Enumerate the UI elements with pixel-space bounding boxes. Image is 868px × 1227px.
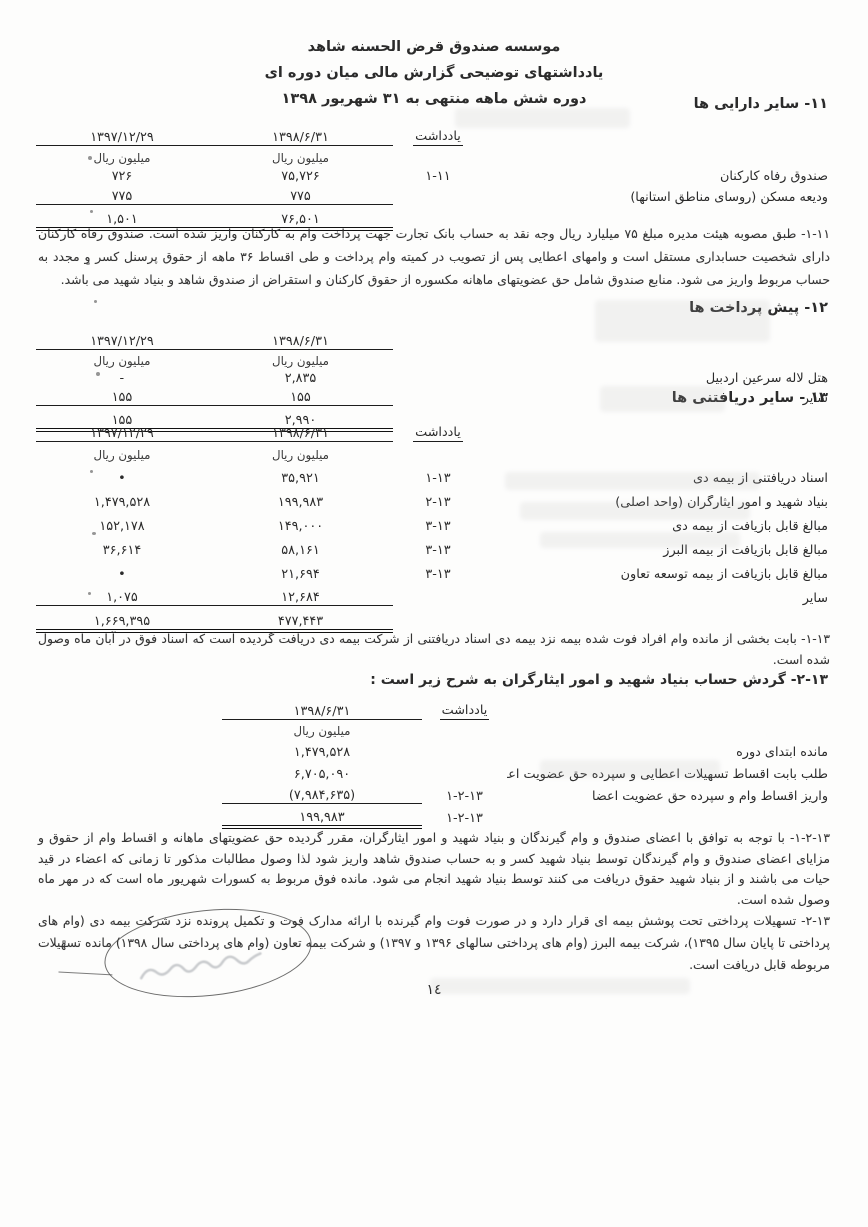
- section-13-title: ۱۳ - سایر دریافتنی ها: [672, 390, 828, 406]
- note-13-1-paragraph: ۱-۱۳- بابت بخشی از مانده وام افراد فوت ش…: [38, 628, 830, 670]
- prior-date-header: ۱۳۹۷/۱۲/۲۹: [36, 426, 208, 442]
- note-column-header: یادداشت: [413, 129, 463, 146]
- unit-row: میلیون ریال میلیون ریال: [36, 350, 828, 368]
- unit-row: میلیون ریال میلیون ریال: [36, 442, 828, 462]
- organization-name: موسسه صندوق قرض الحسنه شاهد: [0, 34, 868, 60]
- section-11-title: ۱۱- سایر دارایی ها: [694, 96, 828, 112]
- total-note-ref: ۱-۲-۱۳: [422, 811, 507, 826]
- current-date-header: ۱۳۹۸/۶/۳۱: [208, 130, 393, 146]
- unit-label: میلیون ریال: [36, 448, 208, 462]
- unit-label: میلیون ریال: [208, 354, 393, 368]
- other-receivables-table: یادداشت ۱۳۹۸/۶/۳۱ ۱۳۹۷/۱۲/۲۹ میلیون ریال…: [36, 420, 828, 630]
- table-total-row: ۴۷۷,۴۴۳ ۱,۶۶۹,۳۹۵: [36, 606, 828, 630]
- other-assets-table: یادداشت ۱۳۹۸/۶/۳۱ ۱۳۹۷/۱۲/۲۹ میلیون ریال…: [36, 124, 828, 228]
- table-row: هتل لاله سرعین اردبیل ۲,۸۳۵ -: [36, 368, 828, 386]
- unit-label: میلیون ریال: [222, 724, 422, 738]
- table-total-row: ۱-۲-۱۳ ۱۹۹,۹۸۳: [222, 804, 828, 826]
- table-row: صندوق رفاه کارکنان ۱-۱۱ ۷۵,۷۲۶ ۷۲۶: [36, 165, 828, 184]
- table-header-row: یادداشت ۱۳۹۸/۶/۳۱ ۱۳۹۷/۱۲/۲۹: [36, 420, 828, 442]
- table-row: مبالغ قابل بازیافت از بیمه البرز ۳-۱۳ ۵۸…: [36, 534, 828, 558]
- table-row: واریز اقساط وام و سپرده حق عضویت اعضا ۱-…: [222, 782, 828, 804]
- unit-label: میلیون ریال: [208, 151, 393, 165]
- current-date-header: ۱۳۹۸/۶/۳۱: [222, 704, 422, 720]
- note-13-2-1-paragraph: ۱-۲-۱۳- با توجه به توافق با اعضای صندوق …: [38, 828, 830, 910]
- foundation-account-turnover-table: یادداشت ۱۳۹۸/۶/۳۱ میلیون ریال مانده ابتد…: [222, 700, 828, 826]
- table-header-row: یادداشت ۱۳۹۸/۶/۳۱ ۱۳۹۷/۱۲/۲۹: [36, 124, 828, 146]
- current-date-header: ۱۳۹۸/۶/۳۱: [208, 426, 393, 442]
- page-number: ١٤: [0, 982, 868, 998]
- section-12-title: ۱۲- پیش پرداخت ها: [689, 300, 828, 316]
- table-row: ودیعه مسکن (روسای مناطق استانها) ۷۷۵ ۷۷۵: [36, 184, 828, 205]
- table-header-row: ۱۳۹۸/۶/۳۱ ۱۳۹۷/۱۲/۲۹: [36, 328, 828, 350]
- scanned-document-page: موسسه صندوق قرض الحسنه شاهد یادداشتهای ت…: [0, 0, 868, 1227]
- table-row: سایر ۱۲,۶۸۴ ۱,۰۷۵: [36, 582, 828, 606]
- unit-row: میلیون ریال میلیون ریال: [36, 146, 828, 165]
- table-row: بنیاد شهید و امور ایثارگران (واحد اصلی) …: [36, 486, 828, 510]
- prepayments-table: ۱۳۹۸/۶/۳۱ ۱۳۹۷/۱۲/۲۹ میلیون ریال میلیون …: [36, 328, 828, 429]
- unit-label: میلیون ریال: [36, 354, 208, 368]
- scan-speck: [94, 300, 97, 303]
- section-13-2-title: ۲-۱۳- گردش حساب بنیاد شهید و امور ایثارگ…: [370, 672, 828, 688]
- total-value: ۱۹۹,۹۸۳: [222, 810, 422, 826]
- note-11-1-paragraph: ۱-۱۱- طبق مصوبه هیئت مدیره مبلغ ۷۵ میلیا…: [38, 222, 830, 291]
- table-row: اسناد دریافتنی از بیمه دی ۱-۱۳ ۳۵,۹۲۱ •: [36, 462, 828, 486]
- note-column-header: یادداشت: [413, 425, 463, 442]
- table-row: مبالغ قابل بازیافت از بیمه توسعه تعاون ۳…: [36, 558, 828, 582]
- note-column-header: یادداشت: [440, 703, 490, 720]
- unit-label: میلیون ریال: [208, 448, 393, 462]
- table-row: طلب بابت اقساط تسهیلات اعطایی و سپرده حق…: [222, 760, 828, 782]
- report-title: یادداشتهای توضیحی گزارش مالی میان دوره ا…: [0, 60, 868, 86]
- note-13-3-paragraph: ۲-۱۳- تسهیلات پرداختی تحت پوشش بیمه ای ق…: [38, 910, 830, 976]
- current-date-header: ۱۳۹۸/۶/۳۱: [208, 334, 393, 350]
- table-row: مانده ابتدای دوره ۱,۴۷۹,۵۲۸: [222, 738, 828, 760]
- table-header-row: یادداشت ۱۳۹۸/۶/۳۱: [222, 700, 828, 720]
- prior-date-header: ۱۳۹۷/۱۲/۲۹: [36, 130, 208, 146]
- unit-row: میلیون ریال: [222, 720, 828, 738]
- unit-label: میلیون ریال: [36, 151, 208, 165]
- prior-date-header: ۱۳۹۷/۱۲/۲۹: [36, 334, 208, 350]
- table-row: مبالغ قابل بازیافت از بیمه دی ۳-۱۳ ۱۴۹,۰…: [36, 510, 828, 534]
